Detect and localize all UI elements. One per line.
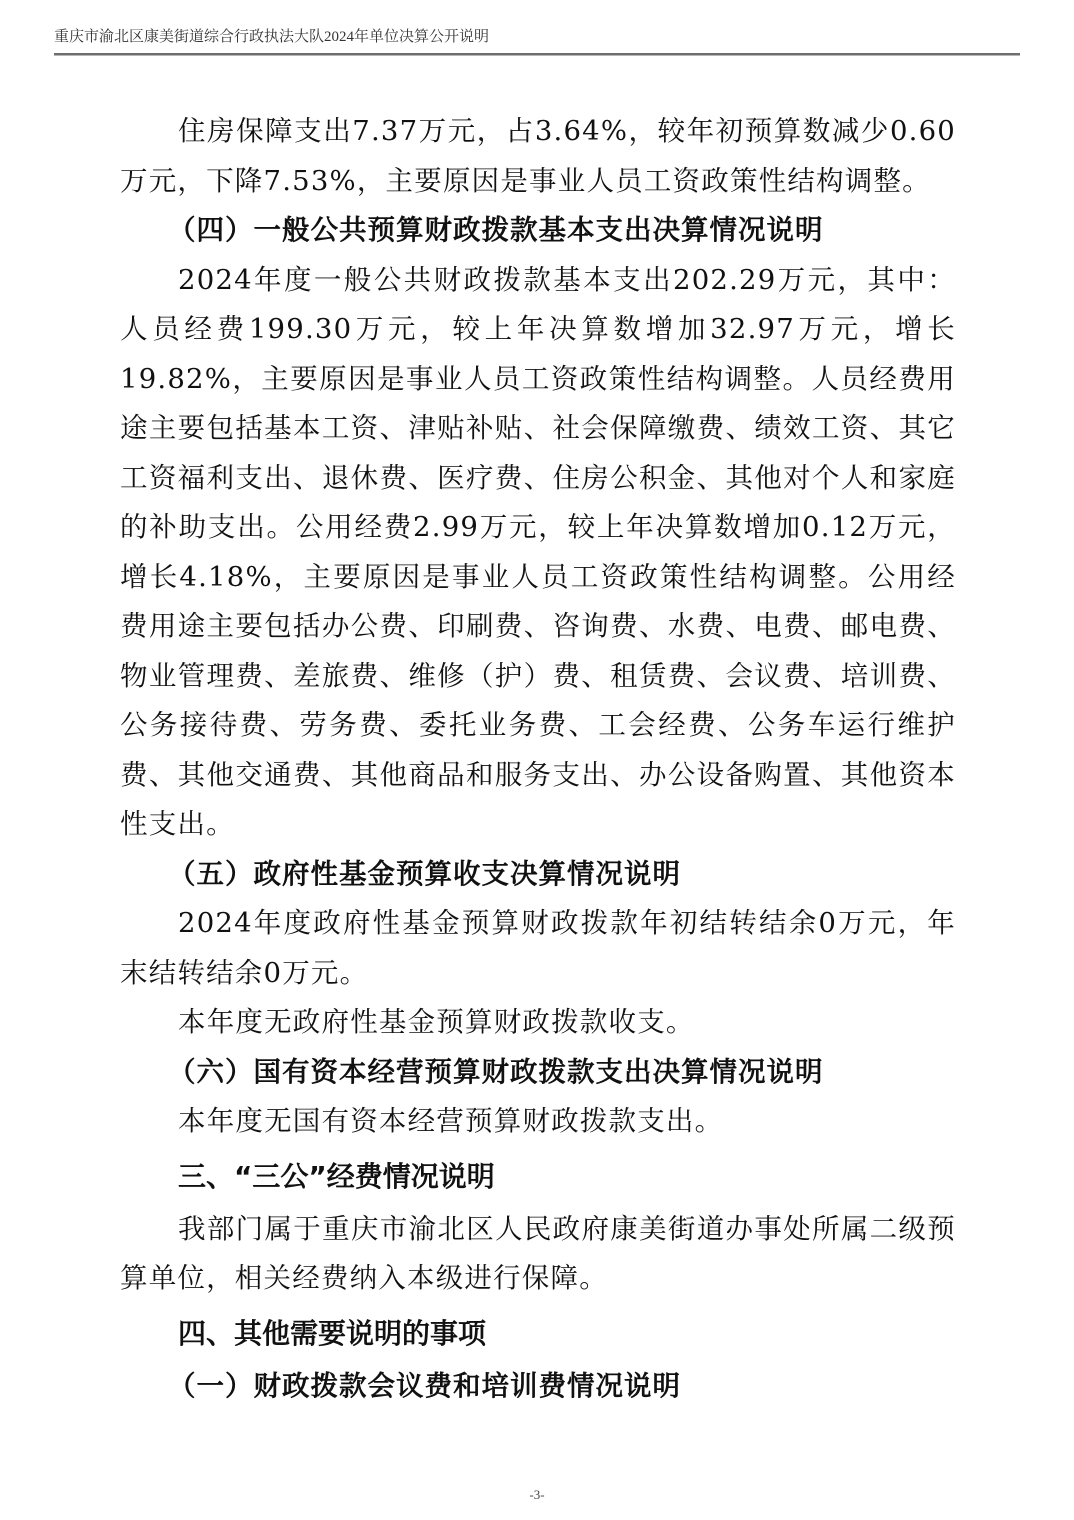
paragraph-basic-expenditure: 2024年度一般公共财政拨款基本支出202.29万元，其中：人员经费199.30…: [120, 256, 956, 850]
subheading-meeting-training-fees: （一）财政拨款会议费和培训费情况说明: [120, 1362, 956, 1412]
subheading-state-capital: （六）国有资本经营预算财政拨款支出决算情况说明: [120, 1048, 956, 1098]
paragraph-gov-fund-none: 本年度无政府性基金预算财政拨款收支。: [120, 998, 956, 1048]
document-body: 住房保障支出7.37万元，占3.64%，较年初预算数减少0.60万元，下降7.5…: [120, 107, 956, 1411]
paragraph-three-public: 我部门属于重庆市渝北区人民政府康美街道办事处所属二级预算单位，相关经费纳入本级进…: [120, 1205, 956, 1304]
subheading-basic-expenditure: （四）一般公共预算财政拨款基本支出决算情况说明: [120, 206, 956, 256]
section-heading-three-public: 三、“三公”经费情况说明: [120, 1151, 956, 1203]
subheading-gov-fund: （五）政府性基金预算收支决算情况说明: [120, 850, 956, 900]
paragraph-housing-expenditure: 住房保障支出7.37万元，占3.64%，较年初预算数减少0.60万元，下降7.5…: [120, 107, 956, 206]
page-number: -3-: [0, 1487, 1074, 1503]
page-header: 重庆市渝北区康美街道综合行政执法大队2024年单位决算公开说明: [54, 26, 1020, 56]
paragraph-gov-fund-balance: 2024年度政府性基金预算财政拨款年初结转结余0万元，年末结转结余0万元。: [120, 899, 956, 998]
header-divider: [54, 53, 1020, 56]
paragraph-state-capital-none: 本年度无国有资本经营预算财政拨款支出。: [120, 1097, 956, 1147]
document-header-title: 重庆市渝北区康美街道综合行政执法大队2024年单位决算公开说明: [54, 26, 1020, 48]
section-heading-other-matters: 四、其他需要说明的事项: [120, 1308, 956, 1360]
